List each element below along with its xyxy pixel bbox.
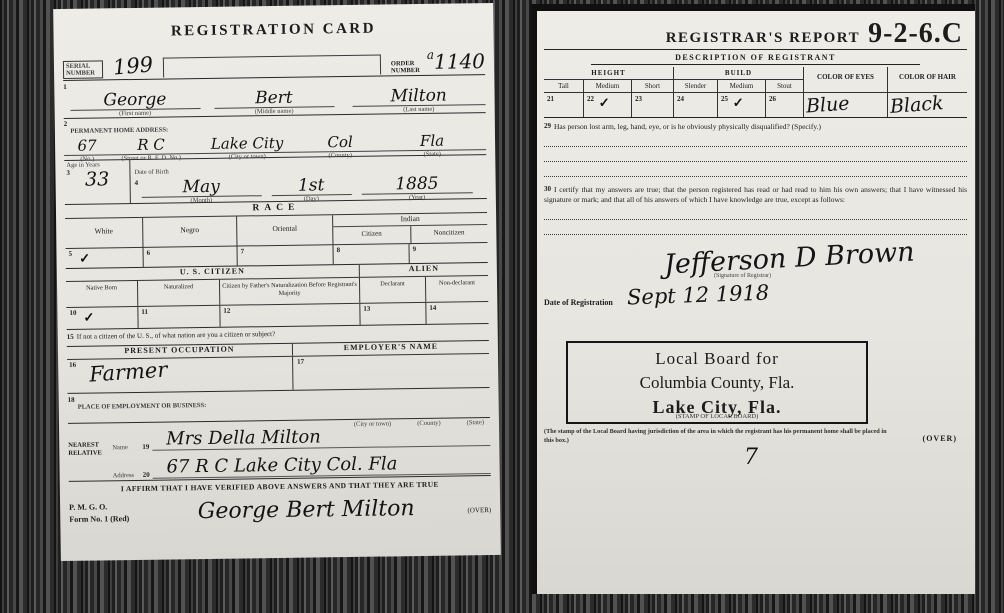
form-identifier: P. M. G. O. Form No. 1 (Red): [69, 493, 159, 526]
race-cell-6: 6: [144, 247, 238, 267]
report-title: REGISTRAR'S REPORT: [544, 30, 868, 47]
build-cell-26: 26: [766, 93, 804, 117]
race-cell-8: 8: [333, 244, 409, 264]
dob-year-field: 1885 (Year): [361, 174, 473, 202]
build-cell-24: 24: [674, 93, 718, 117]
hair-color-value: Black: [889, 92, 944, 118]
race-cell-9: 9: [409, 243, 487, 263]
dob-day-field: 1st (Day): [271, 176, 351, 204]
race-cell-7: 7: [238, 245, 334, 265]
height-medium-checkmark: ✓: [599, 95, 610, 110]
nearest-relative-row: NEAREST RELATIVE Name 19 Mrs Della Milto…: [68, 418, 491, 482]
age-field: Age in Years 333: [64, 160, 131, 204]
employment-place-label: PLACE OF EMPLOYMENT OR BUSINESS:: [78, 402, 207, 411]
signature-row: P. M. G. O. Form No. 1 (Red) George Bert…: [69, 488, 491, 526]
nearest-relative-label: NEAREST RELATIVE: [68, 423, 113, 481]
over-label: (OVER): [453, 506, 491, 521]
height-header: HEIGHT: [544, 67, 674, 80]
middle-name-value: Bert: [214, 88, 334, 109]
race-col-oriental: Oriental: [237, 215, 333, 246]
height-cell-23: 23: [632, 93, 674, 117]
occupation-field: 16Farmer: [67, 357, 293, 393]
footnote-row: (The stamp of the Local Board having jur…: [544, 428, 967, 444]
build-slender-label: Slender: [674, 80, 718, 93]
order-number-label: ORDER NUMBER: [391, 60, 427, 75]
cit-cell-12: 12: [220, 304, 360, 327]
eyes-color-value: Blue: [805, 93, 850, 118]
race-col-white: White: [65, 218, 143, 249]
registration-card: REGISTRATION CARD SERIAL NUMBER 199 ORDE…: [53, 3, 501, 561]
first-name-field: George (First name): [70, 81, 200, 118]
registration-card-title: REGISTRATION CARD: [62, 19, 484, 42]
nation-question: If not a citizen of the U. S., of what n…: [77, 330, 276, 341]
dob-field: Date of Birth 4 May (Month) 1st (Day) 18…: [130, 155, 487, 203]
blank-box: [163, 55, 381, 78]
cit-col-declarant: Declarant: [360, 277, 426, 303]
registrars-report-card: REGISTRAR'S REPORT 9-2-6.C DESCRIPTION O…: [531, 4, 975, 594]
handwritten-mark: 7: [744, 445, 967, 470]
registrar-signature-sublabel: (Signature of Registrar): [714, 273, 771, 279]
date-of-registration-label: Date of Registration: [544, 298, 613, 307]
question-29: 29Has person lost arm, leg, hand, eye, o…: [544, 122, 967, 132]
height-cell-22: 22 ✓: [584, 93, 632, 117]
height-cell-21: 21: [544, 93, 584, 117]
relative-address-line: Address 20 67 R C Lake City Col. Fla: [112, 446, 490, 479]
hair-value-cell: Black: [888, 93, 967, 117]
race-col-negro: Negro: [143, 217, 237, 248]
date-of-registration-row: Date of Registration Sept 12 1918: [544, 281, 967, 307]
name-row: 1 George (First name) Bert (Middle name)…: [63, 75, 485, 119]
native-born-checkmark: ✓: [83, 310, 94, 325]
employer-field: 17: [293, 354, 489, 390]
relative-name-value: Mrs Della Milton: [152, 424, 490, 451]
dob-label: Date of Birth: [134, 169, 168, 176]
cit-col-naturalized: Naturalized: [138, 280, 220, 306]
report-over-label: (OVER): [889, 428, 967, 444]
question-30: 30I certify that my answers are true; th…: [544, 185, 967, 205]
age-dob-row: Age in Years 333 Date of Birth 4 May (Mo…: [64, 155, 487, 205]
build-medium-label: Medium: [718, 80, 766, 93]
report-code: 9-2-6.C: [868, 21, 967, 47]
blank-line: [544, 220, 967, 235]
blank-line: [544, 205, 967, 220]
line-number: 1: [63, 83, 67, 118]
order-number-value: a1140: [427, 47, 485, 74]
stamp-footnote: (The stamp of the Local Board having jur…: [544, 428, 889, 444]
height-short-label: Short: [632, 80, 674, 93]
build-stout-label: Stout: [766, 80, 804, 93]
description-header: DESCRIPTION OF REGISTRANT: [591, 51, 921, 65]
first-name-value: George: [70, 90, 200, 111]
relative-address-value: 67 R C Lake City Col. Fla: [152, 452, 490, 479]
height-medium-label: Medium: [584, 80, 632, 93]
description-table: HEIGHT BUILD COLOR OF EYES COLOR OF HAIR…: [544, 67, 967, 118]
registrar-signature-row: Jefferson D Brown (Signature of Registra…: [544, 241, 967, 281]
cit-col-native-born: Native Born: [66, 281, 138, 307]
stamp-sublabel: (STAMP OF LOCAL BOARD): [572, 413, 862, 420]
race-cell-5: 5 ✓: [66, 248, 144, 268]
cit-cell-10: 10 ✓: [66, 307, 138, 329]
serial-number-label: SERIAL NUMBER: [63, 60, 103, 79]
alien-header: ALIEN: [360, 263, 488, 277]
cit-col-non-declarant: Non-declarant: [426, 276, 488, 302]
registrant-signature: George Bert Milton: [198, 496, 415, 524]
color-of-eyes-header: COLOR OF EYES: [804, 67, 888, 93]
race-col-indian-noncitizen: Noncitizen: [411, 225, 488, 244]
dob-month-field: May (Month): [141, 177, 261, 205]
build-cell-25: 25 ✓: [718, 93, 766, 117]
cit-col-father-naturalization: Citizen by Father's Naturalization Befor…: [220, 278, 360, 305]
build-medium-checkmark: ✓: [733, 95, 744, 110]
build-header: BUILD: [674, 67, 804, 80]
occupation-value: Farmer: [89, 358, 169, 387]
registrar-signature: Jefferson D Brown: [663, 237, 915, 281]
cit-cell-11: 11: [138, 306, 220, 328]
cit-cell-13: 13: [360, 303, 426, 325]
race-col-indian-citizen: Citizen: [333, 226, 411, 245]
cit-cell-14: 14: [426, 302, 488, 324]
blank-line: [544, 162, 967, 177]
race-indian-group: Indian Citizen Noncitizen: [333, 213, 487, 245]
serial-number-value: 199: [112, 52, 154, 79]
age-value: 33: [85, 169, 109, 191]
address-row: 2PERMANENT HOME ADDRESS: 67 (No.) R C (S…: [64, 113, 487, 161]
local-board-stamp: Local Board for Columbia County, Fla. La…: [566, 341, 868, 424]
date-of-registration-value: Sept 12 1918: [626, 281, 769, 310]
middle-name-field: Bert (Middle name): [214, 79, 334, 116]
color-of-hair-header: COLOR OF HAIR: [888, 67, 967, 93]
blank-line: [544, 132, 967, 147]
relative-name-line: Name 19 Mrs Della Milton: [112, 418, 490, 451]
height-tall-label: Tall: [544, 80, 584, 93]
last-name-field: Milton (Last name): [352, 77, 486, 114]
race-white-checkmark: ✓: [79, 251, 90, 266]
blank-line: [544, 147, 967, 162]
report-title-row: REGISTRAR'S REPORT 9-2-6.C: [544, 21, 967, 50]
address-label: PERMANENT HOME ADDRESS:: [70, 127, 168, 135]
last-name-value: Milton: [352, 86, 486, 107]
eyes-value-cell: Blue: [804, 93, 888, 117]
